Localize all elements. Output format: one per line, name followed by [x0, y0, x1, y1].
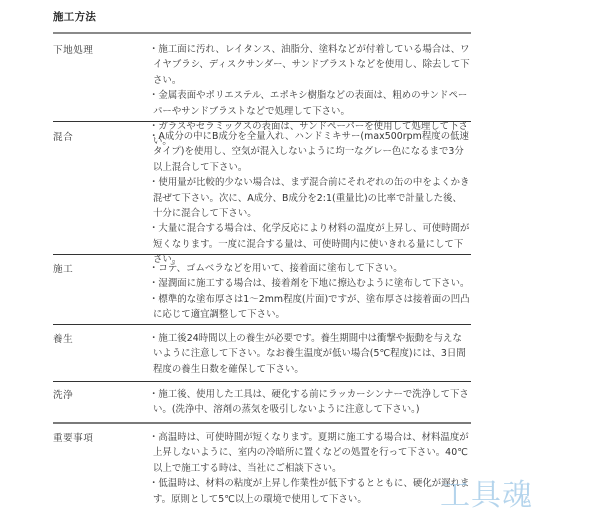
section-label: 洗浄 [53, 387, 73, 401]
list-item: ・施工面に汚れ、レイタンス、油脂分、塗料などが付着している場合は、ワイヤブラシ、… [149, 42, 471, 88]
section-divider [53, 121, 471, 122]
list-item: ・A成分の中にB成分を全量入れ、ハンドミキサー(max500rpm程度の低速タイ… [149, 129, 471, 175]
section-divider [53, 381, 471, 382]
section-body: ・コテ、ゴムベラなどを用いて、接着面に塗布して下さい。 ・湿潤面に施工する場合は… [149, 261, 471, 323]
list-item: ・施工後24時間以上の養生が必要です。養生期間中は衝撃や振動を与えないように注意… [149, 331, 471, 377]
section-label: 重要事項 [53, 430, 93, 444]
section-label: 混合 [53, 129, 73, 143]
section-divider [53, 324, 471, 325]
section-label: 養生 [53, 331, 73, 345]
list-item: ・高温時は、可使時間が短くなります。夏期に施工する場合は、材料温度が上昇しないよ… [149, 430, 471, 476]
section-body: ・高温時は、可使時間が短くなります。夏期に施工する場合は、材料温度が上昇しないよ… [149, 430, 471, 507]
section-divider [53, 422, 471, 424]
list-item: ・コテ、ゴムベラなどを用いて、接着面に塗布して下さい。 [149, 261, 471, 276]
list-item: ・湿潤面に施工する場合は、接着剤を下地に擦込むように塗布して下さい。 [149, 276, 471, 291]
section-divider [53, 254, 471, 255]
section-body: ・A成分の中にB成分を全量入れ、ハンドミキサー(max500rpm程度の低速タイ… [149, 129, 471, 268]
section-label: 施工 [53, 261, 73, 275]
section-label: 下地処理 [53, 42, 93, 56]
document-title: 施工方法 [53, 9, 96, 24]
watermark-logo: 工具魂 [440, 470, 533, 510]
title-divider [53, 32, 471, 34]
list-item: ・金属表面やポリエステル、エポキシ樹脂などの表面は、粗めのサンドペーパーやサンド… [149, 88, 471, 119]
list-item: ・低温時は、材料の粘度が上昇し作業性が低下するとともに、硬化が遅れます。原則とし… [149, 476, 471, 507]
section-body: ・施工後、使用した工具は、硬化する前にラッカーシンナーで洗浄して下さい。(洗浄中… [149, 387, 471, 418]
list-item: ・使用量が比較的少ない場合は、まず混合前にそれぞれの缶の中をよくかき混ぜて下さい… [149, 175, 471, 221]
section-body: ・施工後24時間以上の養生が必要です。養生期間中は衝撃や振動を与えないように注意… [149, 331, 471, 377]
list-item: ・施工後、使用した工具は、硬化する前にラッカーシンナーで洗浄して下さい。(洗浄中… [149, 387, 471, 418]
list-item: ・標準的な塗布厚さは1～2mm程度(片面)ですが、塗布厚さは接着面の凹凸に応じて… [149, 292, 471, 323]
